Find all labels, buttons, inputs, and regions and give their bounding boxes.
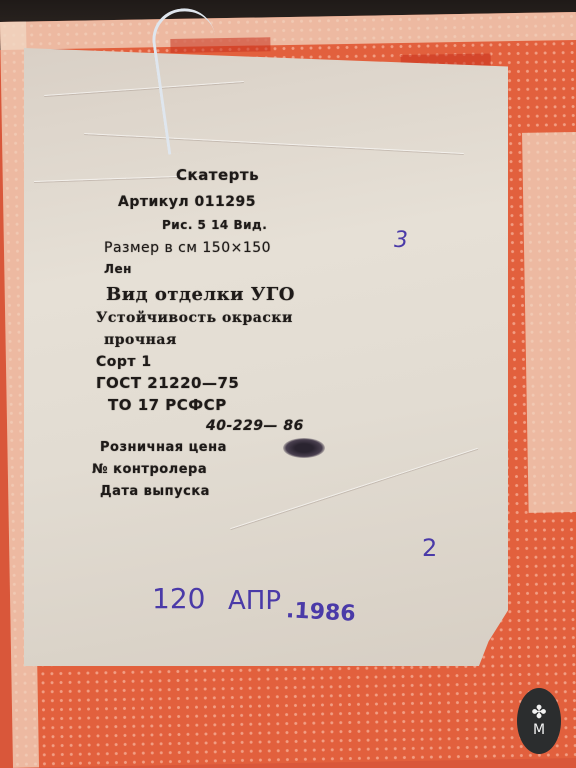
tag-size: Размер в см 150×150 — [104, 240, 271, 256]
tag-finish: Вид отделки УГО — [106, 284, 295, 305]
tag-tu: ТО 17 РСФСР — [108, 396, 227, 414]
date-stamp-year: .1986 — [285, 598, 356, 627]
tag-retail-price: Розничная цена — [100, 440, 227, 455]
tag-release-date: Дата выпуска — [100, 484, 210, 499]
date-stamp-day: 120 — [152, 582, 205, 615]
tag-inspector: № контролера — [92, 462, 207, 477]
price-smudge — [283, 438, 325, 458]
tag-color-fastness-value: прочная — [104, 332, 177, 348]
paper-crease — [230, 448, 478, 529]
tag-tu-number: 40-229— 86 — [206, 418, 304, 434]
letter-m-icon: M — [533, 722, 545, 738]
watermark-logo: ✤ M — [517, 688, 561, 754]
paper-crease — [84, 133, 464, 154]
tag-gost: ГОСТ 21220—75 — [96, 374, 239, 392]
flower-icon: ✤ — [531, 704, 546, 722]
tag-color-fastness: Устойчивость окраски — [96, 310, 293, 326]
tag-pattern: Рис. 5 14 Вид. — [162, 218, 267, 232]
tag-material: Лен — [104, 262, 132, 276]
tag-grade: Сорт 1 — [96, 354, 152, 370]
tag-article: Артикул 011295 — [118, 194, 256, 210]
handwritten-number-2: 2 — [422, 534, 437, 562]
date-stamp-month: АПР — [228, 586, 281, 616]
cloth-cream-stripe-right — [522, 132, 576, 513]
tag-title: Скатерть — [176, 166, 259, 184]
handwritten-number-3: 3 — [394, 228, 408, 253]
